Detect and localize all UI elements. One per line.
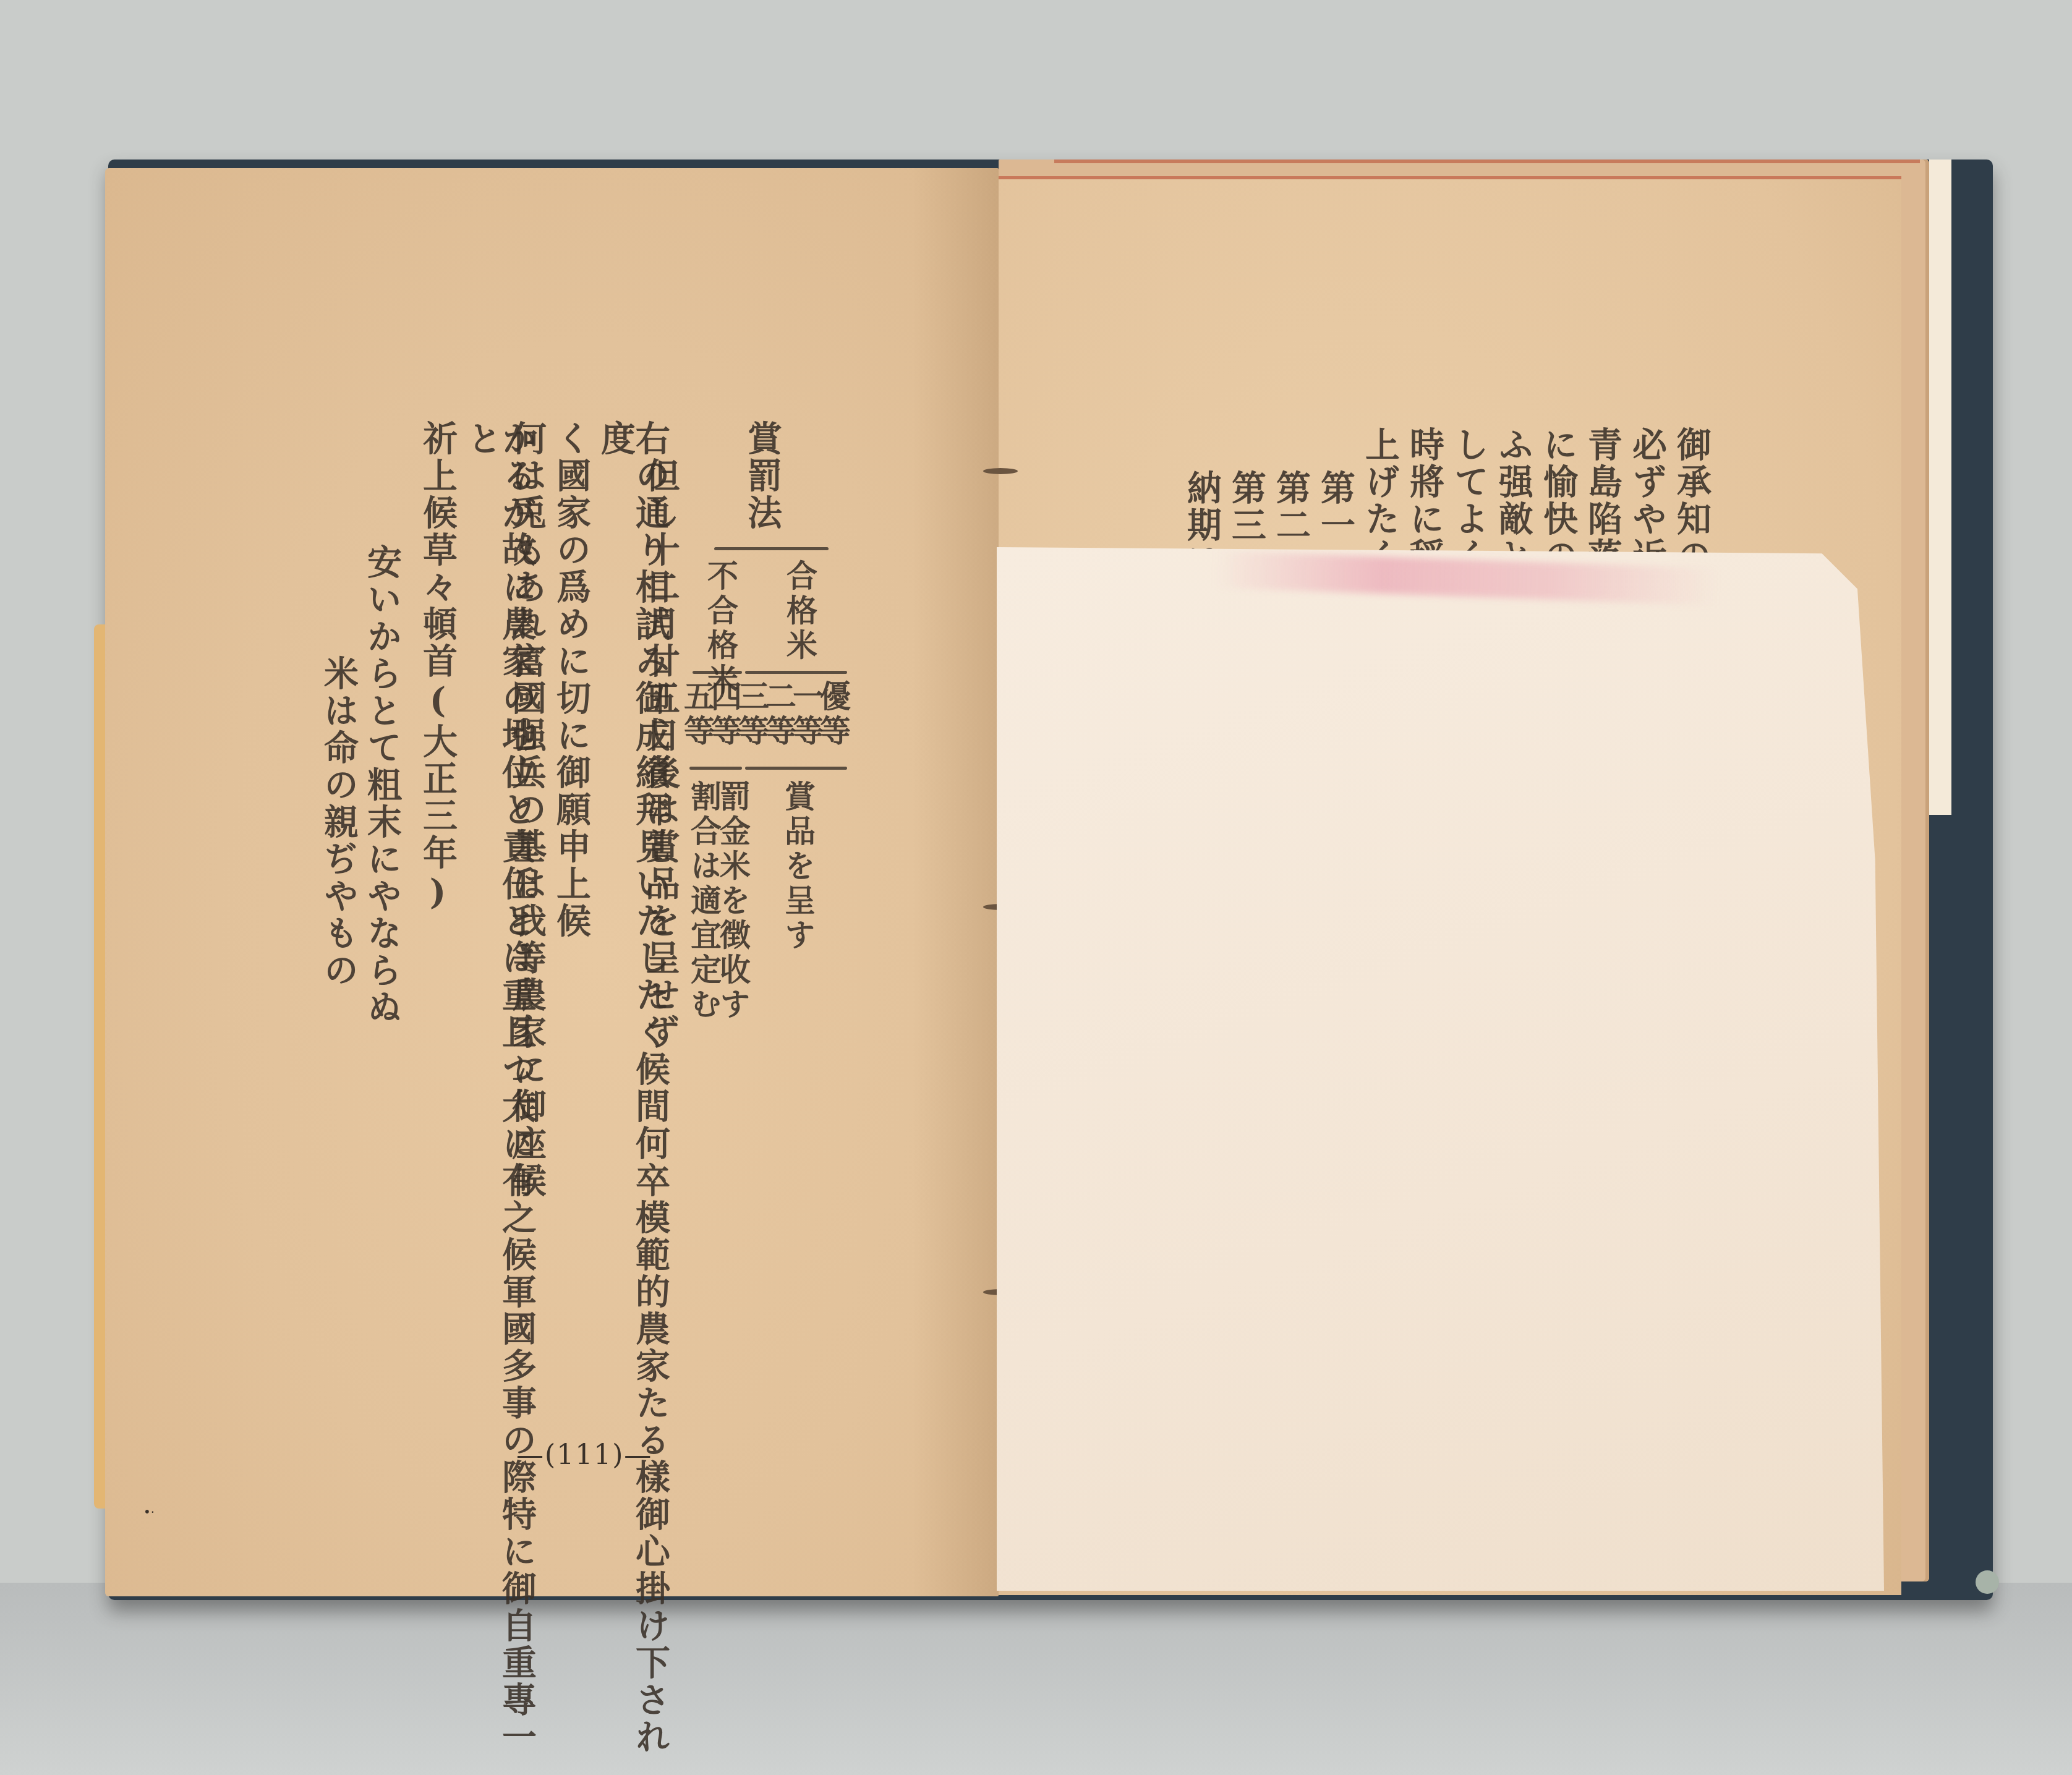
inserted-blank-sheet [997,547,1884,1591]
ink-specks: •· [143,1505,155,1520]
right-column-10: 第二 [1274,470,1308,544]
pass-rice-label: 合格米 [784,560,815,663]
right-column-11: 第三 [1229,470,1264,544]
table-brace [714,547,829,550]
red-page-edge [1054,160,1920,163]
pass-grades-brace [745,671,847,674]
text-column-5: かるが故に農家の地位と責任とは重且つ大に有之候軍國多事の際特に御自重專一と [465,420,534,1775]
fail-rice-note-2: 割合は適宜定む [688,780,719,1023]
pass-note-brace [745,767,847,770]
pink-stain [1213,551,1721,606]
fail-grades-brace [693,671,742,674]
text-column-2: 右の通り相試み御成績拜見いたしたく候間何卒模範的農家たる樣御心掛け下され度 [599,420,668,1775]
text-column-6: 祈上候草々頓首(大正三年) [420,420,455,915]
poem-line-1: 安いからとて粗末にやならぬ [365,544,399,1026]
fail-note-brace [689,767,742,770]
page-number: —(111)— [516,1439,652,1471]
binding-stitch [983,468,1018,474]
right-column-9: 第一 [1318,470,1353,544]
grade-5: 五等 [681,680,712,749]
worn-cover-corner [1976,1570,1999,1594]
pass-rice-note: 賞品を呈す [782,780,813,953]
background-shadow [0,1583,2072,1775]
gutter-shadow [912,168,999,1596]
text-column-3: く國家の爲めに切に御願申上候 [554,420,589,940]
endpaper-strip [1929,160,1951,815]
table-title: 賞罰法 [745,420,780,532]
poem-line-2: 米は命の親ぢやもの [322,655,356,989]
fail-rice-label: 不合格米 [705,560,736,698]
